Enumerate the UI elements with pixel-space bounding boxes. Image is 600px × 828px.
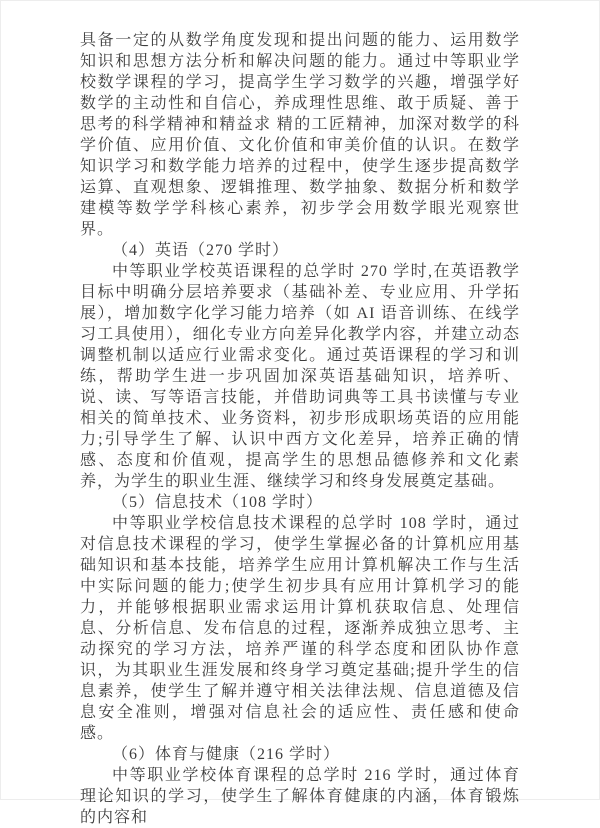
paragraph-english: 中等职业学校英语课程的总学时 270 学时,在英语教学目标中明确分层培养要求（基… (80, 261, 520, 492)
heading-information-technology: （5）信息技术（108 学时） (80, 492, 520, 513)
paragraph-pe-and-health: 中等职业学校体育课程的总学时 216 学时，通过体育理论知识的学习，使学生了解体… (80, 765, 520, 800)
paragraph-information-technology: 中等职业学校信息技术课程的总学时 108 学时，通过对信息技术课程的学习，使学生… (80, 513, 520, 744)
document-page: 具备一定的从数学角度发现和提出问题的能力、运用数学知识和思想方法分析和解决问题的… (0, 0, 600, 800)
heading-english: （4）英语（270 学时） (80, 240, 520, 261)
heading-pe-and-health: （6）体育与健康（216 学时） (80, 744, 520, 765)
paragraph-math-continuation: 具备一定的从数学角度发现和提出问题的能力、运用数学知识和思想方法分析和解决问题的… (80, 30, 520, 240)
